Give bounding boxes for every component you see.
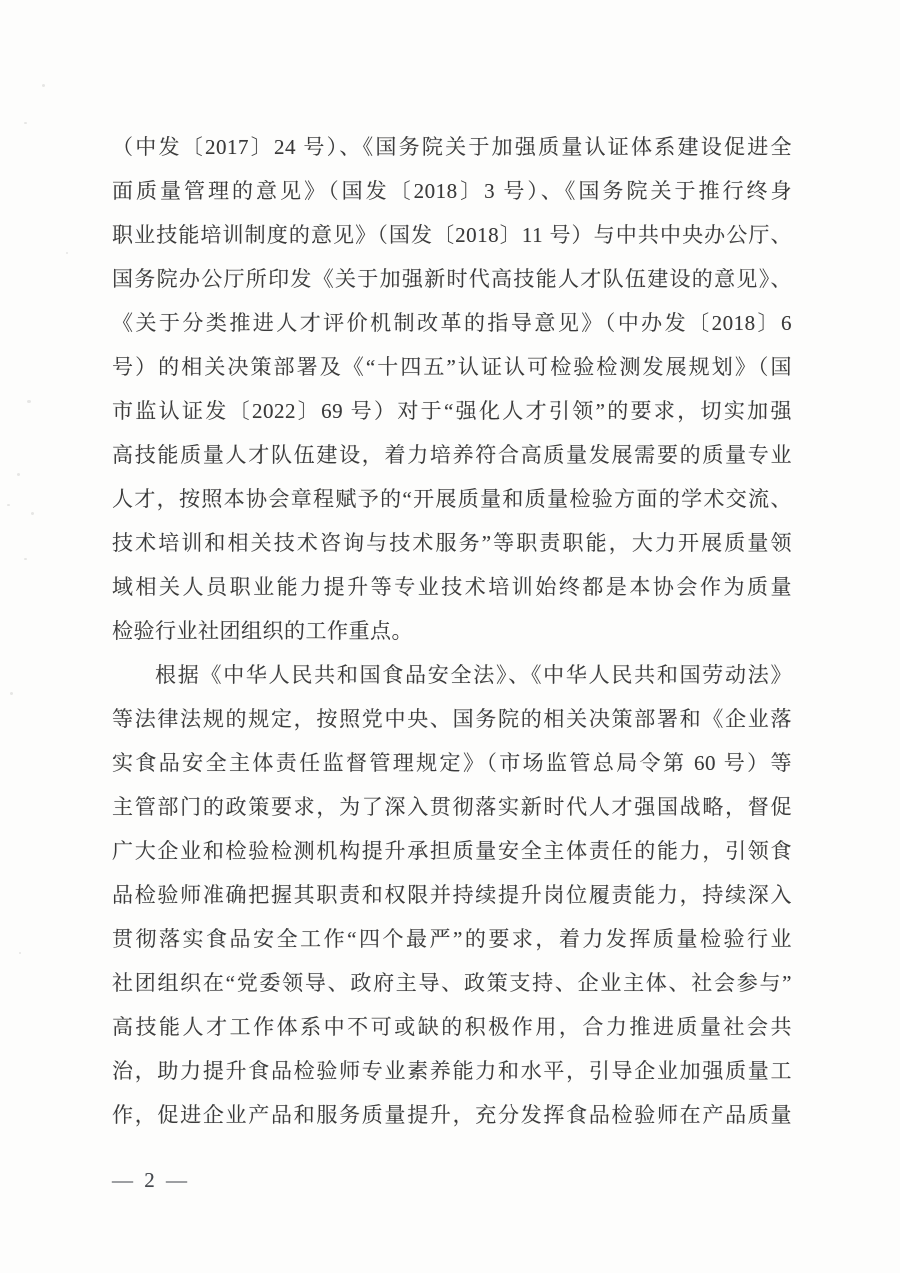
text-line: 面质量管理的意见》（国发〔2018〕3 号）、《国务院关于推行终身 — [112, 169, 792, 213]
text-line: 市监认证发〔2022〕69 号）对于“强化人才引领”的要求，切实加强 — [112, 389, 792, 433]
scan-speckle — [66, 252, 68, 254]
text-line: 职业技能培训制度的意见》（国发〔2018〕11 号）与中共中央办公厅、 — [112, 213, 792, 257]
text-line: 域相关人员职业能力提升等专业技术培训始终都是本协会作为质量 — [112, 565, 792, 609]
paragraph-continuation: （中发〔2017〕24 号）、《国务院关于加强质量认证体系建设促进全 面质量管理… — [112, 125, 792, 653]
text-line: 技术培训和相关技术咨询与技术服务”等职责职能，大力开展质量领 — [112, 521, 792, 565]
text-line: 号）的相关决策部署及《“十四五”认证认可检验检测发展规划》（国 — [112, 345, 792, 389]
text-line: 高技能质量人才队伍建设，着力培养符合高质量发展需要的质量专业 — [112, 433, 792, 477]
text-line: 国务院办公厅所印发《关于加强新时代高技能人才队伍建设的意见》、 — [112, 257, 792, 301]
scan-speckle — [42, 84, 45, 87]
text-line: 作，促进企业产品和服务质量提升，充分发挥食品检验师在产品质量 — [112, 1093, 792, 1137]
scan-speckle — [24, 558, 27, 560]
scan-speckle — [31, 512, 34, 515]
text-line: （中发〔2017〕24 号）、《国务院关于加强质量认证体系建设促进全 — [112, 125, 792, 169]
text-line: 主管部门的政策要求，为了深入贯彻落实新时代人才强国战略，督促 — [112, 785, 792, 829]
text-line: 广大企业和检验检测机构提升承担质量安全主体责任的能力，引领食 — [112, 829, 792, 873]
page-number: — 2 — — [112, 1166, 190, 1194]
document-body: （中发〔2017〕24 号）、《国务院关于加强质量认证体系建设促进全 面质量管理… — [112, 125, 792, 1137]
scan-speckle — [24, 122, 27, 124]
text-line: 《关于分类推进人才评价机制改革的指导意见》（中办发〔2018〕6 — [112, 301, 792, 345]
scan-speckle — [19, 952, 21, 954]
scan-speckle — [7, 504, 10, 506]
text-line: 实食品安全主体责任监督管理规定》（市场监管总局令第 60 号）等 — [112, 741, 792, 785]
text-line: 社团组织在“党委领导、政府主导、政策支持、企业主体、社会参与” — [112, 961, 792, 1005]
text-line: 治，助力提升食品检验师专业素养能力和水平，引导企业加强质量工 — [112, 1049, 792, 1093]
text-line: 检验行业社团组织的工作重点。 — [112, 609, 792, 653]
text-line: 高技能人才工作体系中不可或缺的积极作用，合力推进质量社会共 — [112, 1005, 792, 1049]
scan-speckle — [17, 473, 20, 476]
text-line: 贯彻落实食品安全工作“四个最严”的要求，着力发挥质量检验行业 — [112, 917, 792, 961]
text-line: 品检验师准确把握其职责和权限并持续提升岗位履责能力，持续深入 — [112, 873, 792, 917]
text-line: 根据《中华人民共和国食品安全法》、《中华人民共和国劳动法》 — [112, 653, 792, 697]
paragraph-main: 根据《中华人民共和国食品安全法》、《中华人民共和国劳动法》 等法律法规的规定，按… — [112, 653, 792, 1137]
text-line: 人才，按照本协会章程赋予的“开展质量和质量检验方面的学术交流、 — [112, 477, 792, 521]
text-line: 等法律法规的规定，按照党中央、国务院的相关决策部署和《企业落 — [112, 697, 792, 741]
scan-speckle — [27, 400, 31, 403]
document-page: （中发〔2017〕24 号）、《国务院关于加强质量认证体系建设促进全 面质量管理… — [0, 0, 900, 1273]
scan-speckle — [10, 692, 13, 695]
